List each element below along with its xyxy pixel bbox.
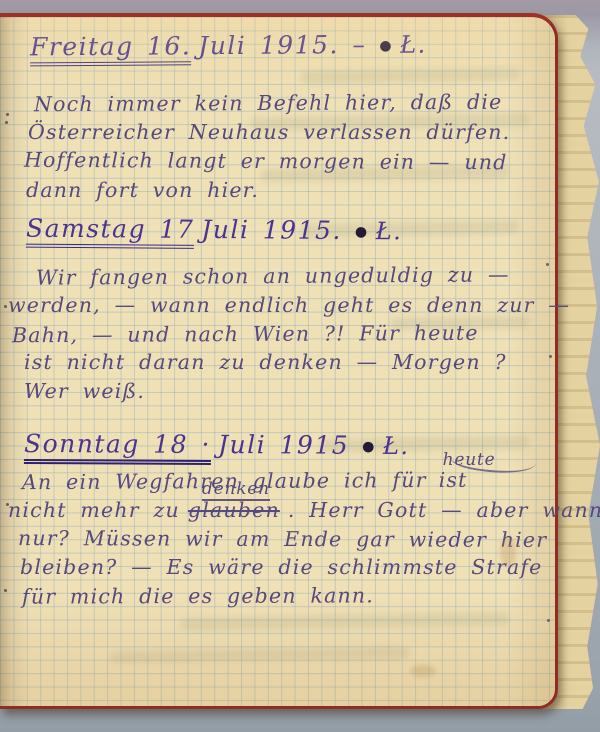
paper-stain bbox=[500, 537, 516, 567]
notebook-page: Freitag 16.Juli 1915. –●Ł. Noch immer ke… bbox=[0, 13, 558, 709]
entry-date-rest: Juli 1915 bbox=[218, 430, 349, 460]
handwriting-line: bleiben? — Es wäre die schlimmste Strafe bbox=[20, 555, 543, 579]
bleed-through-smudge bbox=[180, 612, 510, 631]
entry-date-underlined: Freitag 16. bbox=[30, 31, 191, 66]
handwriting-line: ist nicht daran zu denken — Morgen ? bbox=[24, 350, 507, 374]
handwriting-line: Noch immer kein Befehl hier, daß die bbox=[34, 90, 503, 116]
ink-speck bbox=[546, 263, 549, 266]
bleed-through-smudge bbox=[110, 646, 410, 663]
entry-header: Sonntag 18 ·Juli 1915●Ł. bbox=[24, 429, 410, 460]
entry-date-rest: Juli 1915. bbox=[201, 215, 342, 245]
handwriting-line: Wir fangen schon an ungeduldig zu — bbox=[36, 262, 510, 289]
entry-header: Samstag 17Juli 1915.●Ł. bbox=[26, 214, 403, 246]
ink-speck bbox=[5, 121, 8, 124]
handwriting-line: Hoffentlich langt er morgen ein — und bbox=[24, 148, 508, 175]
struck-word: glauben bbox=[188, 498, 280, 522]
handwriting-line: Bahn, — und nach Wien ?! Für heute bbox=[12, 321, 479, 347]
bleed-through-smudge bbox=[300, 67, 520, 84]
handwriting-line: für mich die es geben kann. bbox=[22, 583, 374, 608]
correction-word: denken bbox=[202, 479, 270, 501]
ink-speck bbox=[4, 589, 7, 592]
handwriting-line: dann fort von hier. bbox=[26, 178, 259, 202]
handwriting-line-with-correction: nicht mehr zudenkenglauben. Herr Gott — … bbox=[8, 498, 600, 522]
inserted-word: heute bbox=[443, 450, 496, 470]
line-text: nicht mehr zu bbox=[8, 498, 180, 522]
handwriting-line: Wer weiß. bbox=[24, 379, 145, 403]
ink-speck bbox=[547, 619, 550, 622]
ink-speck bbox=[549, 355, 552, 358]
entry-date-underlined: Samstag 17 bbox=[26, 214, 195, 249]
entry-date-rest: Juli 1915. – bbox=[198, 30, 366, 60]
handwriting-line: Österreicher Neuhaus verlassen dürfen. bbox=[28, 120, 510, 144]
ink-speck bbox=[6, 113, 9, 116]
handwriting-line: nur? Müssen wir am Ende gar wieder hier bbox=[18, 526, 547, 552]
ink-dot-icon: ● bbox=[362, 439, 376, 455]
entry-initial: Ł. bbox=[400, 31, 427, 59]
diary-photo-scene: Freitag 16.Juli 1915. –●Ł. Noch immer ke… bbox=[0, 0, 600, 732]
entry-header: Freitag 16.Juli 1915. –●Ł. bbox=[30, 30, 427, 62]
ink-dot-icon: ● bbox=[355, 224, 369, 240]
line-text: . Herr Gott — aber wann bbox=[288, 498, 600, 522]
ink-speck bbox=[4, 305, 7, 308]
ink-speck bbox=[6, 503, 9, 506]
paper-stain bbox=[410, 665, 436, 677]
line-text: ist bbox=[439, 468, 468, 492]
entry-date-underlined: Sonntag 18 · bbox=[24, 429, 211, 465]
entry-initial: Ł. bbox=[376, 217, 403, 245]
entry-initial: Ł. bbox=[383, 432, 410, 460]
handwriting-line: werden, — wann endlich geht es denn zur … bbox=[8, 293, 570, 317]
ink-dot-icon: ● bbox=[379, 38, 393, 54]
